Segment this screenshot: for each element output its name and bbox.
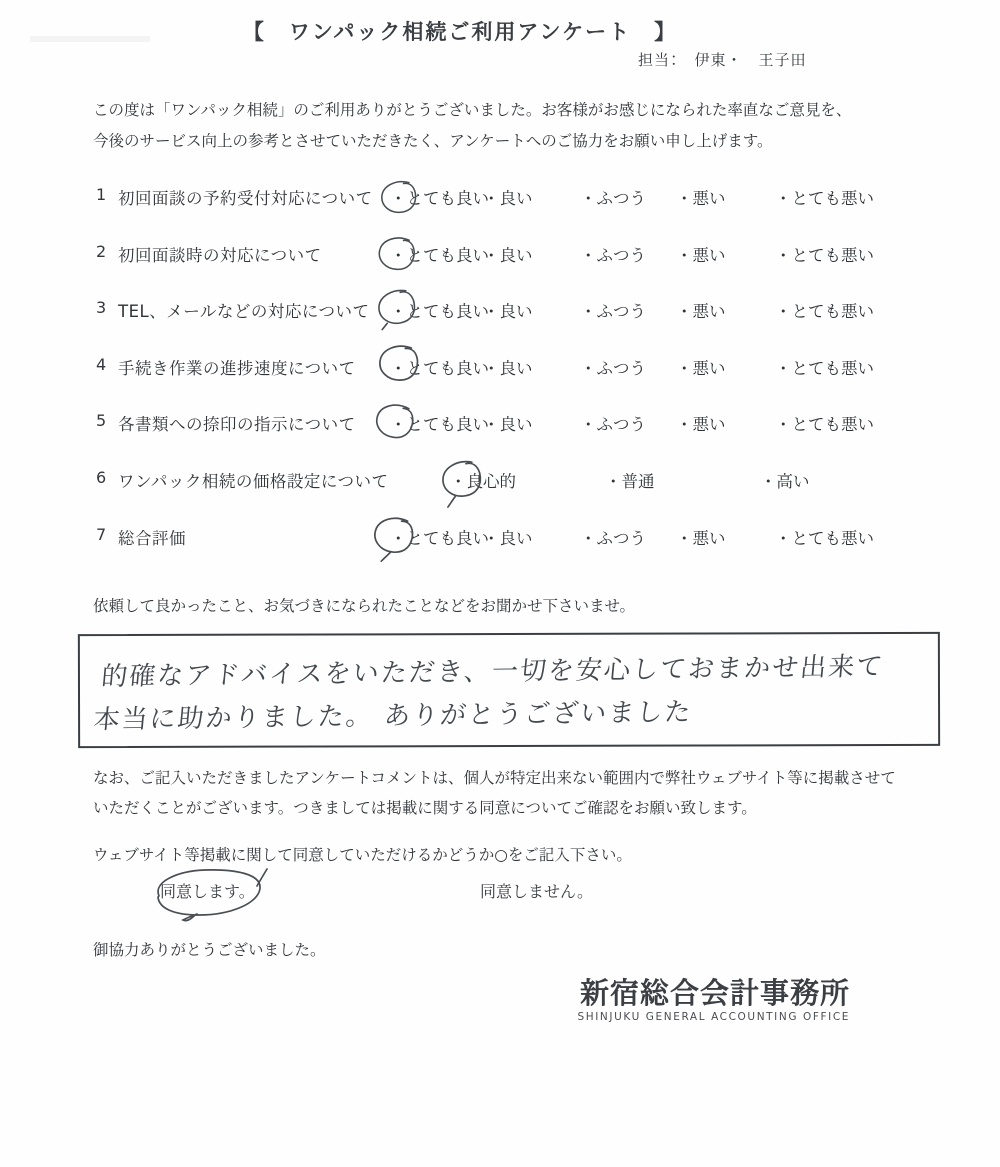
handwritten-selection-circle <box>372 286 422 329</box>
question-label: 総合評価 <box>118 525 186 549</box>
handwritten-comment-line-1: 的確なアドバイスをいただき、一切を安心しておまかせ出来て <box>100 646 886 693</box>
consent-disagree-option: 同意しません。 <box>480 879 593 902</box>
option-bad: ・悪い <box>676 242 726 266</box>
option-expensive: ・高い <box>760 468 810 492</box>
option-good: ・良い <box>483 525 533 549</box>
question-number: 3 <box>96 298 106 317</box>
option-normal: ・ふつう <box>580 242 646 266</box>
option-good: ・良い <box>483 355 533 379</box>
option-normal: ・ふつう <box>580 355 646 379</box>
question-number: 1 <box>96 185 106 204</box>
question-number: 5 <box>96 411 106 430</box>
question-number: 6 <box>96 468 106 487</box>
company-name-english: SHINJUKU GENERAL ACCOUNTING OFFICE <box>520 1011 850 1023</box>
page-title: 【 ワンパック相続ご利用アンケート 】 <box>0 16 960 46</box>
option-average-price: ・普通 <box>605 468 655 492</box>
handwritten-comment-box: 的確なアドバイスをいただき、一切を安心しておまかせ出来て 本当に助かりました。 … <box>78 632 940 748</box>
option-good: ・良い <box>483 298 533 322</box>
handwritten-selection-circle <box>374 341 423 385</box>
intro-line-2: 今後のサービス向上の参考とさせていただきたく、アンケートへのご協力をお願い申し上… <box>93 126 953 157</box>
scanned-survey-page: 【 ワンパック相続ご利用アンケート 】 担当： 伊東・ 王子田 この度は「ワンパ… <box>0 0 1000 1167</box>
question-row-7: 7 総合評価 ・とても良い ・良い ・ふつう ・悪い ・とても悪い <box>0 525 1000 553</box>
question-label: 各書類への捺印の指示について <box>118 411 356 435</box>
option-normal: ・ふつう <box>580 185 646 209</box>
posting-note-line-2: いただくことがございます。つきましては掲載に関する同意についてご確認をお願い致し… <box>93 793 973 823</box>
closing-thanks: 御協力ありがとうございました。 <box>93 938 326 960</box>
question-row-3: 3 TEL、メールなどの対応について ・とても良い ・良い ・ふつう ・悪い ・… <box>0 298 1000 326</box>
question-label: ワンパック相続の価格設定について <box>118 468 389 492</box>
option-good: ・良い <box>483 411 533 435</box>
question-label: 初回面談時の対応について <box>118 242 322 266</box>
question-label: TEL、メールなどの対応について <box>118 298 370 322</box>
website-posting-note: なお、ご記入いただきましたアンケートコメントは、個人が特定出来ない範囲内で弊社ウ… <box>93 763 973 823</box>
posting-note-line-1: なお、ご記入いただきましたアンケートコメントは、個人が特定出来ない範囲内で弊社ウ… <box>93 763 973 793</box>
option-normal: ・ふつう <box>580 525 646 549</box>
question-row-4: 4 手続き作業の進捗速度について ・とても良い ・良い ・ふつう ・悪い ・とて… <box>0 355 1000 383</box>
question-number: 7 <box>96 525 106 544</box>
question-row-5: 5 各書類への捺印の指示について ・とても良い ・良い ・ふつう ・悪い ・とて… <box>0 411 1000 439</box>
consent-prompt: ウェブサイト等掲載に関して同意していただけるかどうか○をご記入下さい。 <box>93 843 632 865</box>
handwritten-comment-line-2: 本当に助かりました。 ありがとうございました <box>92 691 694 736</box>
option-bad: ・悪い <box>676 411 726 435</box>
handwritten-selection-circle <box>368 509 419 562</box>
option-bad: ・悪い <box>676 298 726 322</box>
free-comment-prompt: 依頼して良かったこと、お気づきになられたことなどをお聞かせ下さいませ。 <box>93 594 635 616</box>
question-row-1: 1 初回面談の予約受付対応について ・とても良い ・良い ・ふつう ・悪い ・と… <box>0 185 1000 213</box>
option-normal: ・ふつう <box>580 298 646 322</box>
option-very-bad: ・とても悪い <box>775 298 874 322</box>
option-bad: ・悪い <box>676 355 726 379</box>
option-bad: ・悪い <box>676 185 726 209</box>
handwritten-selection-circle <box>373 232 422 275</box>
company-logo: 新宿総合会計事務所 SHINJUKU GENERAL ACCOUNTING OF… <box>520 976 850 1023</box>
handwritten-selection-circle <box>437 457 488 500</box>
option-very-bad: ・とても悪い <box>775 242 874 266</box>
staff-in-charge: 担当： 伊東・ 王子田 <box>638 49 807 70</box>
option-very-bad: ・とても悪い <box>775 355 874 379</box>
option-bad: ・悪い <box>676 525 726 549</box>
intro-paragraph: この度は「ワンパック相続」のご利用ありがとうございました。お客様がお感じになられ… <box>93 95 953 157</box>
question-number: 4 <box>96 355 106 374</box>
option-normal: ・ふつう <box>580 411 646 435</box>
question-number: 2 <box>96 242 106 261</box>
option-very-bad: ・とても悪い <box>775 411 874 435</box>
option-very-bad: ・とても悪い <box>775 525 874 549</box>
option-very-bad: ・とても悪い <box>775 185 874 209</box>
question-row-2: 2 初回面談時の対応について ・とても良い ・良い ・ふつう ・悪い ・とても悪… <box>0 242 1000 270</box>
company-name-japanese: 新宿総合会計事務所 <box>520 976 850 1010</box>
question-row-6: 6 ワンパック相続の価格設定について ・良心的 ・普通 ・高い <box>0 468 1000 496</box>
question-label: 手続き作業の進捗速度について <box>118 355 356 379</box>
handwritten-selection-circle <box>378 179 420 215</box>
question-label: 初回面談の予約受付対応について <box>118 185 373 209</box>
handwritten-consent-circle <box>143 866 267 922</box>
option-good: ・良い <box>483 185 533 209</box>
option-good: ・良い <box>483 242 533 266</box>
handwritten-selection-circle <box>369 393 421 450</box>
intro-line-1: この度は「ワンパック相続」のご利用ありがとうございました。お客様がお感じになられ… <box>93 95 953 126</box>
